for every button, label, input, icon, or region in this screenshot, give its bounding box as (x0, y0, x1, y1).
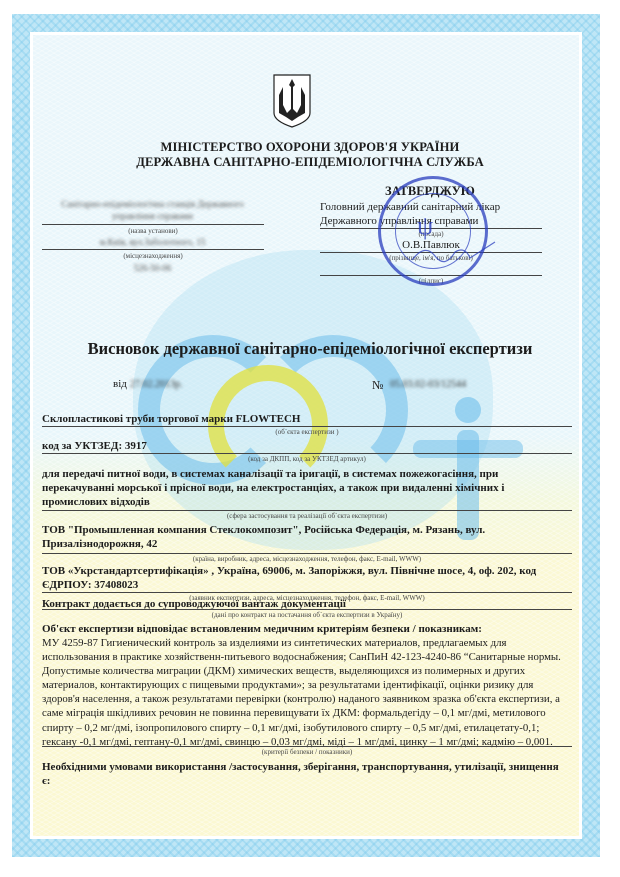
applicant: ТОВ «Укрстандартсертифікація» , Україна,… (42, 564, 562, 592)
criteria-heading: Об'єкт експертизи відповідає встановлени… (42, 622, 562, 636)
uktzed-code-caption: (код за ДКПП, код за УКТЗЕД артикул) (42, 455, 572, 463)
institution-address-caption: (місцезнаходження) (42, 252, 264, 260)
institution-address: м.Київ, вул.Заболотного, 15 (40, 237, 265, 247)
application-scope: для передачі питної води, в системах кан… (42, 467, 562, 509)
criteria-caption: (критерії безпеки / показники) (42, 748, 572, 756)
institution-name-line1: Санітарно-епідеміологічна станція Держав… (40, 199, 265, 209)
criteria-text: МУ 4259-87 Гигиенический контроль за изд… (42, 636, 562, 749)
ministry-name: МІНІСТЕРСТВО ОХОРОНИ ЗДОРОВ'Я УКРАЇНИ (0, 140, 620, 155)
number-label: № (372, 378, 383, 393)
expertise-object: Склопластикові труби торгової марки FLOW… (42, 412, 562, 426)
document-title: Висновок державної санітарно-епідеміолог… (0, 339, 620, 359)
service-name: ДЕРЖАВНА САНІТАРНО-ЕПІДЕМІОЛОГІЧНА СЛУЖБ… (0, 155, 620, 170)
signature-icon (410, 238, 500, 268)
expertise-object-caption: (об`єкта експертизи ) (42, 428, 572, 436)
institution-phone: 526-50-06 (40, 263, 265, 273)
official-round-stamp-icon: ψ (378, 176, 488, 286)
date-value: 27.02.2013р. (130, 379, 183, 390)
uktzed-code: код за УКТЗЕД: 3917 (42, 439, 562, 453)
trident-coat-of-arms-icon (272, 73, 312, 129)
manufacturer: ТОВ "Промышленная компания Стеклокомпози… (42, 523, 562, 551)
date-label: від (113, 378, 127, 390)
usage-conditions: Необхідними умовами використання /застос… (42, 760, 562, 788)
institution-name-caption: (назва установи) (42, 227, 264, 235)
application-scope-caption: (сфера застосування та реалізації об`єкт… (42, 512, 572, 520)
number-value: 05.03.02-03/12544 (390, 379, 466, 390)
contract-caption: (дані про контракт на постачання об`єкта… (42, 611, 572, 619)
manufacturer-caption: (країна, виробник, адреса, місцезнаходже… (42, 555, 572, 563)
institution-name-line2: управління справами (40, 211, 265, 221)
